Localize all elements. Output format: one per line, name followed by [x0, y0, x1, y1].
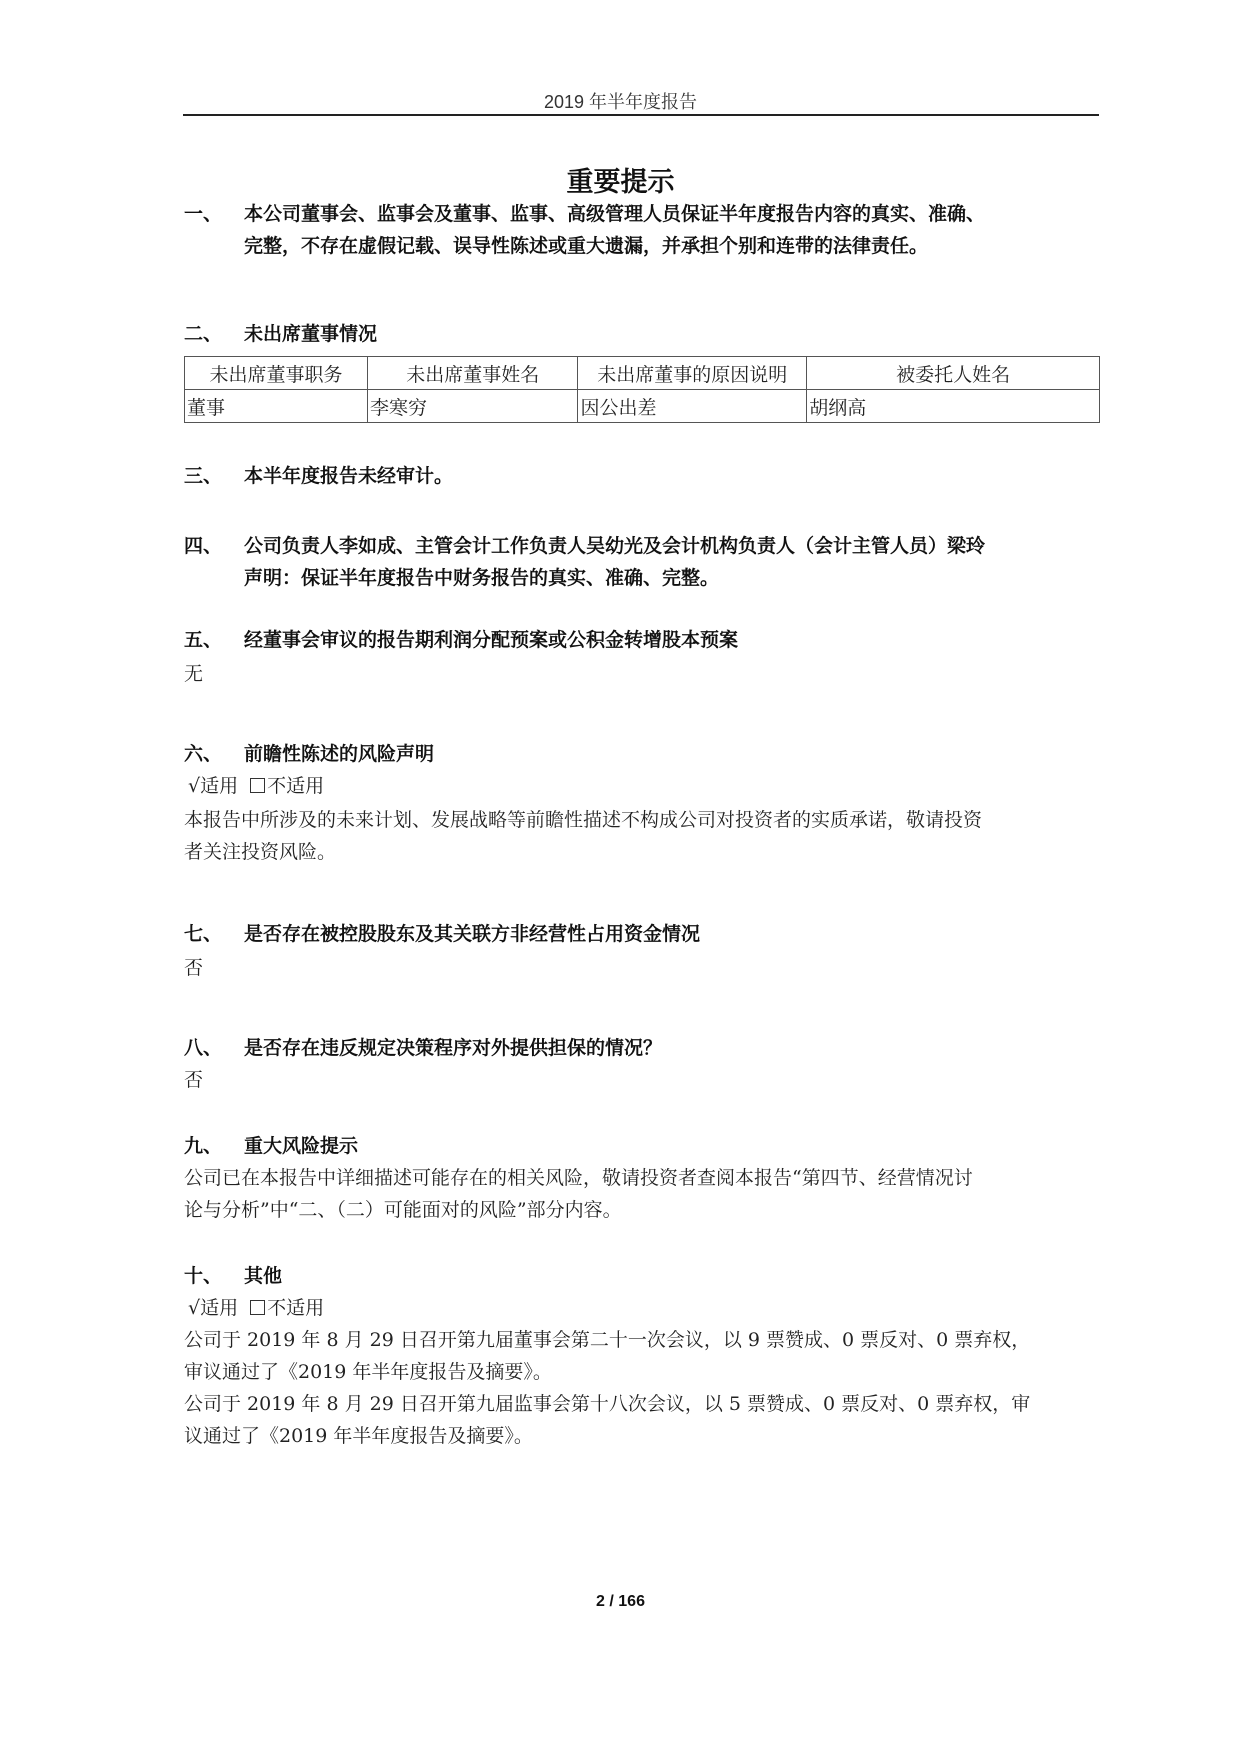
not-applicable-label: 不适用 — [267, 775, 324, 797]
section-8: 八、 是否存在违反规定决策程序对外提供担保的情况？ 否 — [184, 1032, 1104, 1096]
section-number: 十、 — [184, 1260, 244, 1292]
section-number: 一、 — [184, 198, 244, 262]
applicable-options: √适用不适用 — [184, 1292, 1104, 1324]
section-body: 无 — [184, 658, 1104, 690]
section-heading: 其他 — [244, 1260, 1104, 1292]
section-body-line: 者关注投资风险。 — [184, 836, 1104, 868]
section-body-line: 审议通过了《2019 年半年度报告及摘要》。 — [184, 1356, 1104, 1388]
table-cell: 因公出差 — [578, 390, 807, 423]
section-6: 六、 前瞻性陈述的风险声明 √适用不适用 本报告中所涉及的未来计划、发展战略等前… — [184, 738, 1104, 868]
applicable-checked: √适用 — [188, 775, 238, 797]
section-number: 六、 — [184, 738, 244, 770]
checkbox-empty-icon — [250, 778, 265, 793]
section-2: 二、 未出席董事情况 — [184, 318, 1104, 350]
section-number: 八、 — [184, 1032, 244, 1064]
section-4: 四、 公司负责人李如成、主管会计工作负责人吴幼光及会计机构负责人（会计主管人员）… — [184, 530, 1104, 594]
checkbox-empty-icon — [250, 1300, 265, 1315]
section-number: 二、 — [184, 318, 244, 350]
header-divider — [183, 114, 1099, 116]
section-heading: 经董事会审议的报告期利润分配预案或公积金转增股本预案 — [244, 624, 1104, 656]
section-heading: 是否存在违反规定决策程序对外提供担保的情况？ — [244, 1032, 1104, 1064]
table-cell: 李寒穷 — [368, 390, 578, 423]
applicable-options: √适用不适用 — [184, 770, 1104, 802]
section-heading-line: 完整，不存在虚假记载、误导性陈述或重大遗漏，并承担个别和连带的法律责任。 — [244, 230, 1104, 262]
table-header-cell: 未出席董事职务 — [185, 357, 368, 390]
section-body-line: 议通过了《2019 年半年度报告及摘要》。 — [184, 1420, 1104, 1452]
section-number: 九、 — [184, 1130, 244, 1162]
section-7: 七、 是否存在被控股股东及其关联方非经营性占用资金情况 否 — [184, 918, 1104, 984]
section-heading: 未出席董事情况 — [244, 318, 1104, 350]
section-body-line: 公司已在本报告中详细描述可能存在的相关风险，敬请投资者查阅本报告“第四节、经营情… — [184, 1162, 1104, 1194]
table-header-cell: 被委托人姓名 — [807, 357, 1100, 390]
applicable-checked: √适用 — [188, 1297, 238, 1319]
section-1: 一、 本公司董事会、监事会及董事、监事、高级管理人员保证半年度报告内容的真实、准… — [184, 198, 1104, 262]
section-body-line: 公司于 2019 年 8 月 29 日召开第九届监事会第十八次会议，以 5 票赞… — [184, 1388, 1104, 1420]
section-10: 十、 其他 √适用不适用 公司于 2019 年 8 月 29 日召开第九届董事会… — [184, 1260, 1104, 1452]
section-number: 五、 — [184, 624, 244, 656]
table-row: 董事 李寒穷 因公出差 胡纲高 — [185, 390, 1100, 423]
absent-directors-table: 未出席董事职务 未出席董事姓名 未出席董事的原因说明 被委托人姓名 董事 李寒穷… — [184, 356, 1100, 423]
section-number: 四、 — [184, 530, 244, 594]
running-header: 2019 年半年度报告 — [0, 88, 1241, 114]
section-3: 三、 本半年度报告未经审计。 — [184, 460, 1104, 492]
table-cell: 胡纲高 — [807, 390, 1100, 423]
section-body-line: 论与分析”中“二、（二）可能面对的风险”部分内容。 — [184, 1194, 1104, 1226]
section-heading: 重大风险提示 — [244, 1130, 1104, 1162]
section-5: 五、 经董事会审议的报告期利润分配预案或公积金转增股本预案 无 — [184, 624, 1104, 690]
section-number: 七、 — [184, 918, 244, 950]
section-body-line: 公司于 2019 年 8 月 29 日召开第九届董事会第二十一次会议，以 9 票… — [184, 1324, 1104, 1356]
section-number: 三、 — [184, 460, 244, 492]
table-cell: 董事 — [185, 390, 368, 423]
section-body-line: 本报告中所涉及的未来计划、发展战略等前瞻性描述不构成公司对投资者的实质承诺，敬请… — [184, 804, 1104, 836]
section-heading-line: 公司负责人李如成、主管会计工作负责人吴幼光及会计机构负责人（会计主管人员）梁玲 — [244, 530, 1104, 562]
page-title: 重要提示 — [0, 160, 1241, 199]
table-header-cell: 未出席董事姓名 — [368, 357, 578, 390]
section-body: 否 — [184, 952, 1104, 984]
not-applicable-label: 不适用 — [267, 1297, 324, 1319]
section-heading-line: 声明：保证半年度报告中财务报告的真实、准确、完整。 — [244, 562, 1104, 594]
table-header-cell: 未出席董事的原因说明 — [578, 357, 807, 390]
section-heading: 是否存在被控股股东及其关联方非经营性占用资金情况 — [244, 918, 1104, 950]
section-heading: 前瞻性陈述的风险声明 — [244, 738, 1104, 770]
table-header-row: 未出席董事职务 未出席董事姓名 未出席董事的原因说明 被委托人姓名 — [185, 357, 1100, 390]
section-heading-line: 本公司董事会、监事会及董事、监事、高级管理人员保证半年度报告内容的真实、准确、 — [244, 198, 1104, 230]
page-number: 2 / 166 — [0, 1593, 1241, 1611]
section-9: 九、 重大风险提示 公司已在本报告中详细描述可能存在的相关风险，敬请投资者查阅本… — [184, 1130, 1104, 1226]
document-page: 2019 年半年度报告 重要提示 一、 本公司董事会、监事会及董事、监事、高级管… — [0, 0, 1241, 1754]
section-body: 否 — [184, 1064, 1104, 1096]
section-heading: 本半年度报告未经审计。 — [244, 460, 1104, 492]
